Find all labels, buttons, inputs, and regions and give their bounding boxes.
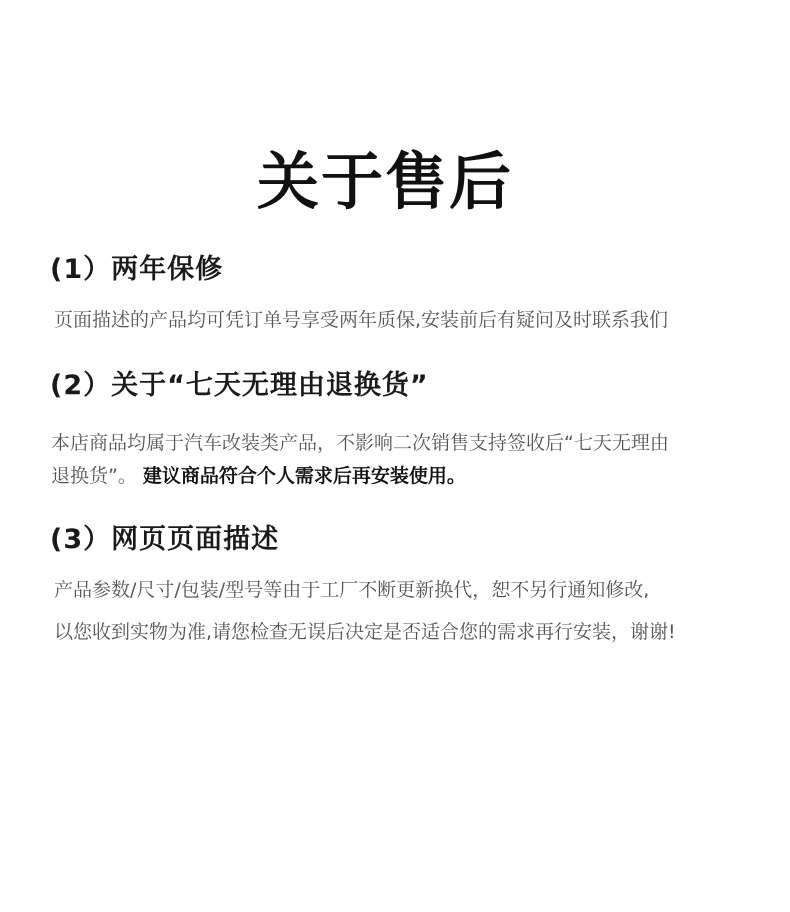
page-title: 关于售后 [0,143,770,221]
section-text-return-line1: 本店商品均属于汽车改装类产品，不影响二次销售支持签收后“七天无理由 [51,430,669,456]
return-emphasis-text: 建议商品符合个人需求后再安装使用。 [143,465,466,487]
return-text-tail: 退换货”。 [51,465,137,487]
section-heading-warranty: (1）两年保修 [50,252,223,288]
section-text-warranty: 页面描述的产品均可凭订单号享受两年质保,安装前后有疑问及时联系我们 [54,307,668,333]
section-heading-description: (3）网页页面描述 [50,522,279,558]
section-text-return-line2: 退换货”。 建议商品符合个人需求后再安装使用。 [51,463,466,489]
section-text-description-line1: 产品参数/尺寸/包装/型号等由于工厂不断更新换代，恕不另行通知修改, [54,577,649,603]
section-text-description-line2: 以您收到实物为准,请您检查无误后决定是否适合您的需求再行安装，谢谢! [54,619,676,645]
section-heading-return: (2）关于“七天无理由退换货” [50,368,429,404]
